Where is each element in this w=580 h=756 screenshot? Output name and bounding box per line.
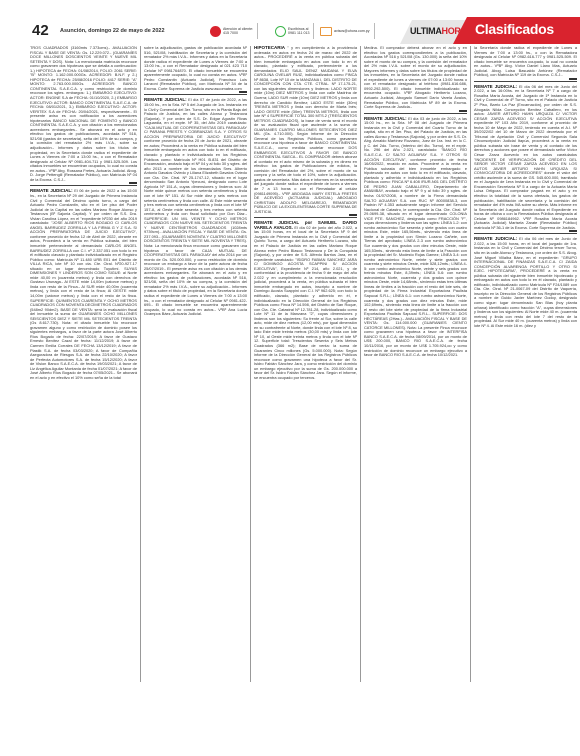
contact-email-value: avisos@uhora.com.py: [334, 29, 370, 33]
ad-body: El día 06 del mes de Junio de 2.022, a l…: [474, 236, 577, 327]
phone-icon: [210, 26, 221, 37]
column-5: la Secretaría donde radica el expediente…: [470, 46, 580, 682]
page-number: 42: [32, 22, 49, 39]
mail-icon: [320, 27, 332, 36]
ad-divider: [364, 113, 467, 114]
contact-whatsapp-value: 0981 111 013: [288, 31, 309, 35]
whatsapp-icon: [275, 26, 286, 37]
ad-body: El día 06 del mes de Junio del 2.022, a …: [474, 84, 577, 230]
ad-body: " y en cumplimiento a la providencia ord…: [254, 46, 357, 214]
ad-body: El 06 de junio de 2022 a las 15:00 hs., …: [30, 188, 137, 379]
contact-phone: Atención al cliente:415 7000: [210, 23, 258, 39]
contact-whatsapp: Escribinos al0981 111 013: [275, 23, 314, 39]
ad-divider: [474, 233, 577, 234]
ad-divider: [144, 94, 247, 95]
ad-body: El día 03 de junio de 2022, a las 15:00 …: [364, 116, 467, 357]
classifieds-columns: TROS CUADRADOS (3160mts 7.373cms).- AVAL…: [30, 46, 580, 682]
ad-body: Medina. El comprador deberá abonar en el…: [364, 46, 467, 110]
column-2: sobre la adjudicación, gastos de publica…: [140, 46, 250, 682]
contact-whatsapp-label: Escribinos al: [288, 27, 308, 31]
ad-body: sobre la adjudicación, gastos de publica…: [144, 46, 247, 91]
section-tag: Clasificados: [453, 17, 580, 44]
contact-email: avisos@uhora.com.py: [320, 23, 375, 39]
ad-body: El día 02 de junio del año 2.022, a las …: [254, 225, 357, 380]
column-4: Medina. El comprador deberá abonar en el…: [360, 46, 470, 682]
contact-phone-value: 415 7000: [223, 31, 238, 35]
ad-divider: [30, 185, 137, 186]
contact-phone-label: Atención al cliente:: [223, 27, 253, 31]
column-3: HIPOTECARIA " y en cumplimiento a la pro…: [250, 46, 360, 682]
ad-body: la Secretaría donde radica el expediente…: [474, 46, 577, 78]
page-date: Asunción, domingo 22 de mayo de 2022: [60, 28, 165, 34]
column-1: TROS CUADRADOS (3160mts 7.373cms).- AVAL…: [30, 46, 140, 682]
page-header: 42 Asunción, domingo 22 de mayo de 2022 …: [0, 0, 580, 42]
ad-body: TROS CUADRADOS (3160mts 7.373cms).- AVAL…: [30, 46, 137, 182]
ad-divider: [474, 81, 577, 82]
ad-body: El día 07 de junio de 2022, a las 15:00 …: [144, 97, 247, 316]
section-title: Clasificados: [475, 21, 554, 37]
ad-divider: [254, 217, 357, 218]
